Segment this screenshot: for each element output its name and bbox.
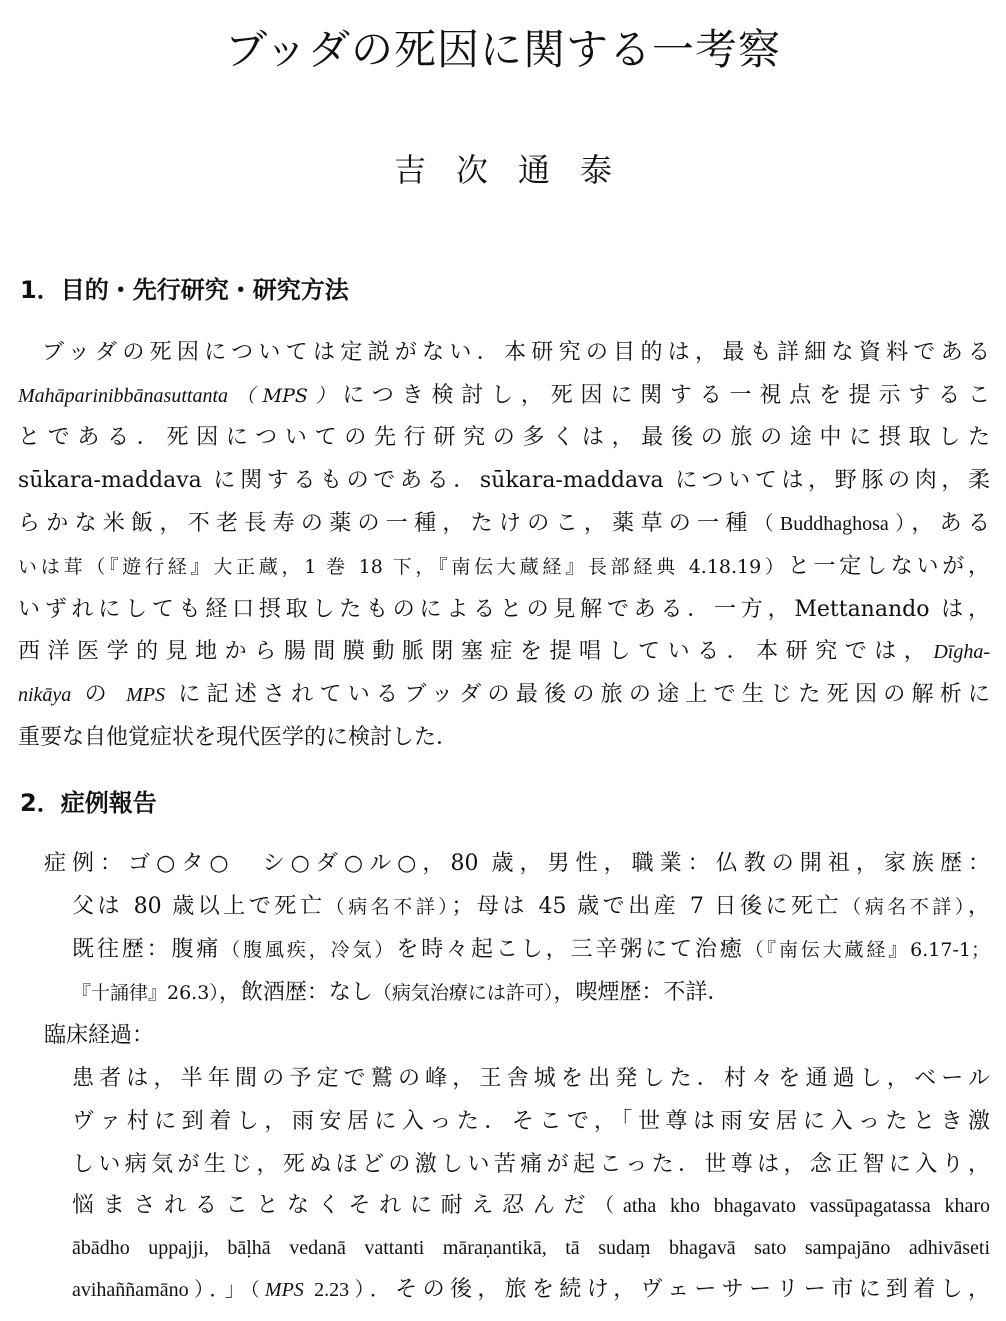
paper-title: ブッダの死因に関する一考察 bbox=[0, 22, 1006, 78]
paragraph-line: Mahāparinibbānasuttanta（MPS）につき検討し，死因に関す… bbox=[18, 380, 990, 412]
paragraph-line: いずれにしても経口摂取したものによるとの見解である．一方，Mettanando … bbox=[18, 594, 990, 626]
paragraph-line: 重要な自他覚症状を現代医学的に検討した． bbox=[18, 722, 990, 754]
case-line: 症例：ゴ○タ○ シ○ダ○ル○，80 歳，男性，職業：仏教の開祖，家族歴： bbox=[44, 848, 990, 880]
clinical-course-line: 悩まされることなくそれに耐え忍んだ（atha kho bhagavato vas… bbox=[72, 1190, 990, 1222]
mps-title-text: Mahāparinibbānasuttanta bbox=[18, 385, 228, 407]
paragraph-line: いは茸（『遊行経』大正蔵，1 巻 18 下，『南伝大蔵経』長部経典 4.18.1… bbox=[18, 551, 990, 583]
paragraph-line: nikāya の MPS に記述されているブッダの最後の旅の途上で生じた死因の解… bbox=[18, 679, 990, 711]
clinical-course-line: 患者は，半年間の予定で鷲の峰，王舎城を出発した．村々を通過し，ベール bbox=[72, 1063, 990, 1095]
clinical-course-line: avihaññamāno）．」（MPS 2.23）．その後，旅を続け，ヴェーサー… bbox=[72, 1274, 990, 1306]
section-heading-1: 1．目的・先行研究・研究方法 bbox=[20, 273, 349, 307]
case-line: 父は 80 歳以上で死亡（病名不詳）；母は 45 歳で出産 7 日後に死亡（病名… bbox=[72, 891, 990, 923]
clinical-course-label: 臨床経過： bbox=[44, 1020, 154, 1052]
paragraph-line: sūkara-maddava に関するものである．sūkara-maddava … bbox=[18, 465, 990, 497]
paper-page: ブッダの死因に関する一考察 吉次通泰 1．目的・先行研究・研究方法 ブッダの死因… bbox=[0, 0, 1006, 1321]
pali-quote-line: ābādho uppajji, bāḷhā vedanā vattanti mā… bbox=[72, 1232, 990, 1264]
case-line: 既往歴：腹痛（腹風疾，冷気）を時々起こし，三辛粥にて治癒（『南伝大蔵経』6.17… bbox=[72, 934, 990, 966]
case-line: 『十誦律』26.3），飲酒歴：なし（病気治療には許可），喫煙歴：不詳． bbox=[72, 977, 990, 1009]
section-heading-2: 2．症例報告 bbox=[20, 786, 157, 820]
clinical-course-line: ヴァ村に到着し，雨安居に入った．そこで，「世尊は雨安居に入ったとき激 bbox=[72, 1106, 990, 1138]
paragraph-line: らかな米飯，不老長寿の薬の一種，たけのこ，薬草の一種（Buddhaghosa），… bbox=[18, 508, 990, 540]
author-name: 吉次通泰 bbox=[0, 148, 1006, 192]
paragraph-line: 西洋医学的見地から腸間膜動脈閉塞症を提唱している．本研究では，Dīgha- bbox=[18, 636, 990, 668]
paragraph-line: ブッダの死因については定説がない．本研究の目的は，最も詳細な資料である bbox=[42, 337, 990, 369]
clinical-course-line: しい病気が生じ，死ぬほどの激しい苦痛が起こった．世尊は，念正智に入り， bbox=[72, 1149, 990, 1181]
paragraph-line: とである．死因についての先行研究の多くは，最後の旅の途中に摂取した bbox=[18, 422, 990, 454]
